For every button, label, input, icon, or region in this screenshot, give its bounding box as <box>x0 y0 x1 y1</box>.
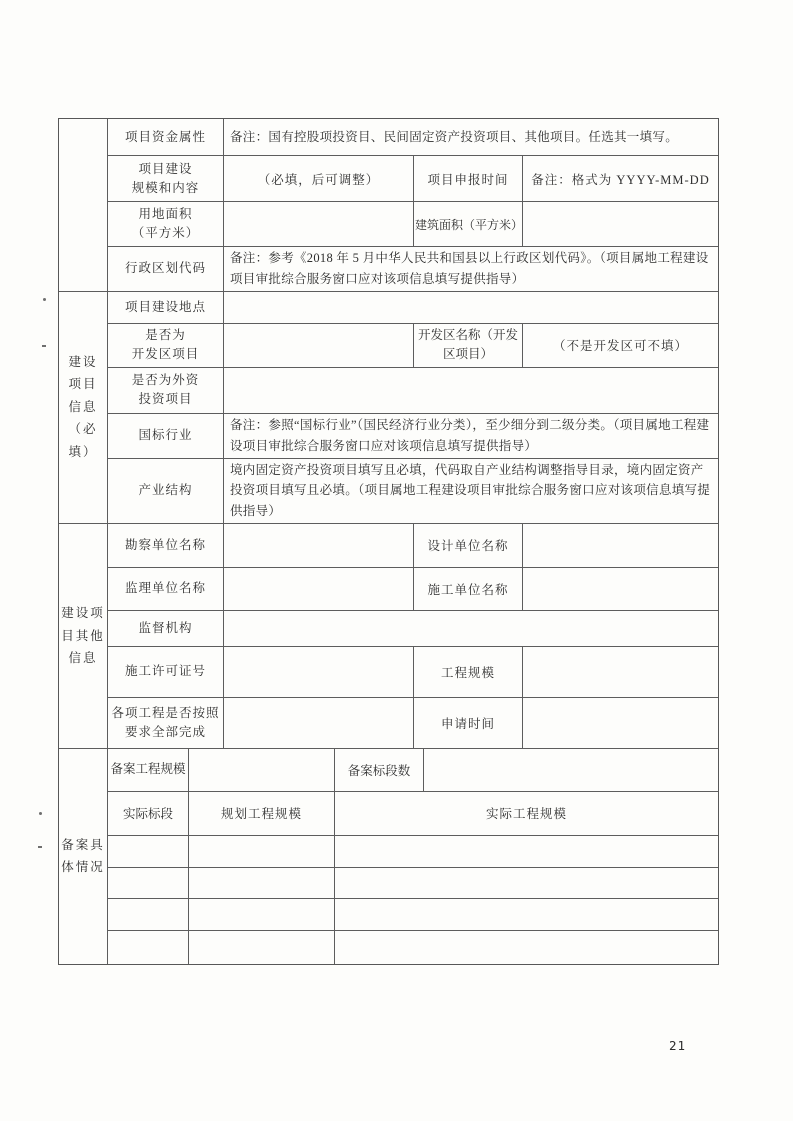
structure-label: 产业结构 <box>108 459 223 523</box>
foreign-label: 是否为外资 投资项目 <box>108 368 223 413</box>
record-scale-value-cell <box>188 749 334 791</box>
section-cell-empty <box>59 119 108 291</box>
location-label: 项目建设地点 <box>108 292 223 323</box>
land-value-cell <box>223 202 413 246</box>
section-label-project-info: 建设 项目 信息 （必 填） <box>59 292 108 523</box>
structure-remark: 境内固定资产投资项目填写且必填，代码取自产业结构调整指导目录，境内固定资产投资项… <box>223 459 718 523</box>
row-dev-zone: 是否为 开发区项目 开发区名称（开发 区项目） （不是开发区可不填） <box>108 323 718 367</box>
scan-speck <box>38 846 42 848</box>
scan-speck <box>43 298 46 301</box>
authority-value-cell <box>223 611 718 646</box>
scale-label: 项目建设 规模和内容 <box>108 156 223 201</box>
bid-row-2-col1 <box>108 868 188 898</box>
bid-row-4 <box>108 930 718 964</box>
funding-label: 项目资金属性 <box>108 119 223 155</box>
admin-code-label: 行政区划代码 <box>108 247 223 291</box>
land-label2: 建筑面积（平方米） <box>413 202 522 246</box>
bid-row-1 <box>108 835 718 867</box>
authority-label: 监督机构 <box>108 611 223 646</box>
building-area-value-cell <box>522 202 718 246</box>
band-record-detail: 备案具 体情况 备案工程规模 备案标段数 实际标段 规划工程规模 实际工程规模 <box>59 748 718 964</box>
bid-row-1-col2 <box>188 836 334 867</box>
band-other-info-rows: 勘察单位名称 设计单位名称 监理单位名称 施工单位名称 监督机构 施工许可证号 <box>108 524 718 748</box>
row-permit: 施工许可证号 工程规模 <box>108 646 718 697</box>
scale-note: （必填，后可调整） <box>223 156 413 201</box>
bid-row-3-col2 <box>188 899 334 930</box>
row-foreign-investment: 是否为外资 投资项目 <box>108 367 718 413</box>
scale-remark: 备注：格式为 YYYY-MM-DD <box>522 156 718 201</box>
project-scale-value-cell <box>522 647 718 697</box>
row-survey-unit: 勘察单位名称 设计单位名称 <box>108 524 718 567</box>
bid-row-3 <box>108 898 718 930</box>
design-unit-label: 设计单位名称 <box>413 524 522 567</box>
band-record-detail-rows: 备案工程规模 备案标段数 实际标段 规划工程规模 实际工程规模 <box>108 749 718 964</box>
dev-zone-value-cell <box>223 324 413 367</box>
land-label: 用地面积 （平方米） <box>108 202 223 246</box>
band-top: 项目资金属性 备注：国有控股项投资目、民间固定资产投资项目、其他项目。任选其一填… <box>59 119 718 291</box>
row-location: 项目建设地点 <box>108 292 718 323</box>
bid-row-3-col3 <box>334 899 718 930</box>
bids-header-planned-scale: 规划工程规模 <box>188 792 334 835</box>
bid-row-4-col3 <box>334 931 718 964</box>
row-scale: 项目建设 规模和内容 （必填，后可调整） 项目申报时间 备注：格式为 YYYY-… <box>108 155 718 201</box>
record-bid-count-value-cell <box>423 749 718 791</box>
band-other-info: 建设项 目其他 信息 勘察单位名称 设计单位名称 监理单位名称 施工单位名称 监… <box>59 523 718 748</box>
band-project-info-rows: 项目建设地点 是否为 开发区项目 开发区名称（开发 区项目） （不是开发区可不填… <box>108 292 718 523</box>
completion-label: 各项工程是否按照 要求全部完成 <box>108 698 223 748</box>
bids-header-actual-bid: 实际标段 <box>108 792 188 835</box>
row-authority: 监督机构 <box>108 610 718 646</box>
bid-row-4-col1 <box>108 931 188 964</box>
bid-row-2-col3 <box>334 868 718 898</box>
survey-label: 勘察单位名称 <box>108 524 223 567</box>
row-industry: 国标行业 备注：参照“国标行业”（国民经济行业分类），至少细分到二级分类。（项目… <box>108 413 718 458</box>
row-completion: 各项工程是否按照 要求全部完成 申请时间 <box>108 697 718 748</box>
row-supervise-unit: 监理单位名称 施工单位名称 <box>108 567 718 610</box>
scan-speck <box>42 345 46 347</box>
bids-header-actual-scale: 实际工程规模 <box>334 792 718 835</box>
row-funding: 项目资金属性 备注：国有控股项投资目、民间固定资产投资项目、其他项目。任选其一填… <box>108 119 718 155</box>
bid-row-4-col2 <box>188 931 334 964</box>
bid-row-3-col1 <box>108 899 188 930</box>
permit-value-cell <box>223 647 413 697</box>
funding-remark: 备注：国有控股项投资目、民间固定资产投资项目、其他项目。任选其一填写。 <box>223 119 718 155</box>
row-industry-structure: 产业结构 境内固定资产投资项目填写且必填，代码取自产业结构调整指导目录，境内固定… <box>108 458 718 523</box>
dev-zone-note: （不是开发区可不填） <box>522 324 718 367</box>
supervise-label: 监理单位名称 <box>108 568 223 610</box>
row-land-area: 用地面积 （平方米） 建筑面积（平方米） <box>108 201 718 246</box>
row-admin-code: 行政区划代码 备注：参考《2018 年 5 月中华人民共和国县以上行政区划代码》… <box>108 246 718 291</box>
completion-value-cell <box>223 698 413 748</box>
survey-value-cell <box>223 524 413 567</box>
project-scale-label: 工程规模 <box>413 647 522 697</box>
scanned-form-page: 项目资金属性 备注：国有控股项投资目、民间固定资产投资项目、其他项目。任选其一填… <box>0 0 793 1121</box>
construction-unit-label: 施工单位名称 <box>413 568 522 610</box>
dev-zone-label: 是否为 开发区项目 <box>108 324 223 367</box>
scan-speck <box>39 812 42 815</box>
admin-code-remark: 备注：参考《2018 年 5 月中华人民共和国县以上行政区划代码》。（项目属地工… <box>223 247 718 291</box>
band-project-info: 建设 项目 信息 （必 填） 项目建设地点 是否为 开发区项目 开发区名称（开发… <box>59 291 718 523</box>
location-value-cell <box>223 292 718 323</box>
page-number: 21 <box>669 1038 686 1053</box>
bid-row-2 <box>108 867 718 898</box>
section-label-record-detail: 备案具 体情况 <box>59 749 108 964</box>
industry-remark: 备注：参照“国标行业”（国民经济行业分类），至少细分到二级分类。（项目属地工程建… <box>223 414 718 458</box>
permit-label: 施工许可证号 <box>108 647 223 697</box>
design-unit-value-cell <box>522 524 718 567</box>
record-scale-label: 备案工程规模 <box>108 749 188 791</box>
supervise-value-cell <box>223 568 413 610</box>
row-record-scale: 备案工程规模 备案标段数 <box>108 749 718 791</box>
industry-label: 国标行业 <box>108 414 223 458</box>
bid-row-1-col3 <box>334 836 718 867</box>
bid-row-1-col1 <box>108 836 188 867</box>
scale-label2: 项目申报时间 <box>413 156 522 201</box>
apply-time-value-cell <box>522 698 718 748</box>
apply-time-label: 申请时间 <box>413 698 522 748</box>
dev-zone-name-label: 开发区名称（开发 区项目） <box>413 324 522 367</box>
foreign-value-cell <box>223 368 718 413</box>
band-top-rows: 项目资金属性 备注：国有控股项投资目、民间固定资产投资项目、其他项目。任选其一填… <box>108 119 718 291</box>
construction-unit-value-cell <box>522 568 718 610</box>
row-bids-header: 实际标段 规划工程规模 实际工程规模 <box>108 791 718 835</box>
section-label-other-info: 建设项 目其他 信息 <box>59 524 108 748</box>
record-bid-count-label: 备案标段数 <box>334 749 423 791</box>
bid-row-2-col2 <box>188 868 334 898</box>
project-info-table: 项目资金属性 备注：国有控股项投资目、民间固定资产投资项目、其他项目。任选其一填… <box>58 118 719 965</box>
